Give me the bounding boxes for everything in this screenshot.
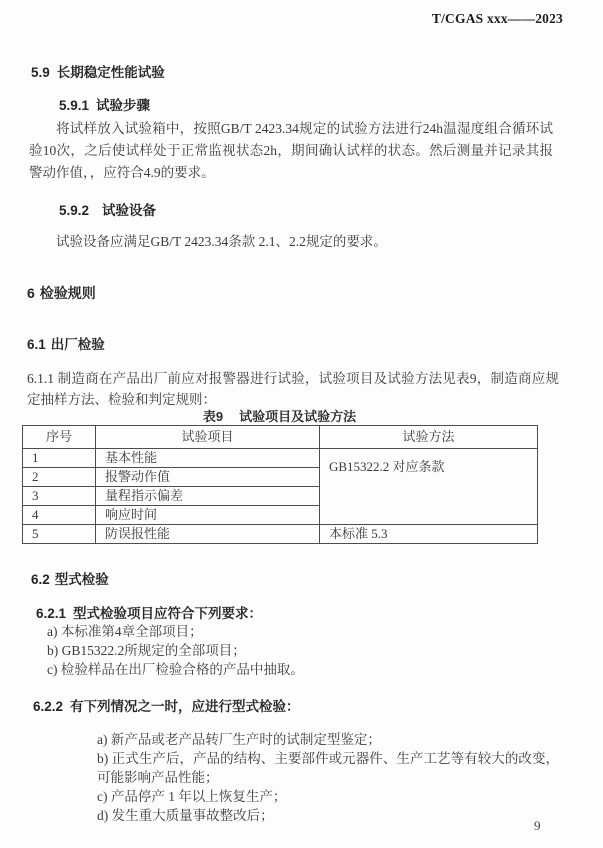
table-row: 5 防误报性能 本标准 5.3 [23,525,538,544]
document-page: T/CGAS xxx——2023 5.9长期稳定性能试验 5.9.1试验步骤 将… [0,0,603,848]
col-header-item: 试验项目 [96,426,320,449]
page-number: 9 [534,818,541,834]
heading-title: 型式检验项目应符合下列要求： [73,606,262,621]
heading-6-2-2: 6.2.2有下列情况之一时，应进行型式检验： [33,695,300,715]
list-item: b) 正式生产后，产品的结构、主要部件或元器件、生产工艺等有较大的改变，可能影响… [97,749,559,787]
list-6-2-2: a) 新产品或老产品转厂生产时的试制定型鉴定； b) 正式生产后，产品的结构、主… [97,730,559,825]
col-header-method: 试验方法 [320,426,538,449]
cell-item: 防误报性能 [96,525,320,544]
list-item: a) 新产品或老产品转厂生产时的试制定型鉴定； [97,730,559,749]
table-9-caption: 表9试验项目及试验方法 [22,406,537,425]
cell-item: 量程指示偏差 [96,487,320,506]
table-caption-title: 试验项目及试验方法 [239,409,356,424]
heading-6-1: 6.1出厂检验 [27,333,105,353]
document-code-header: T/CGAS xxx——2023 [432,11,563,27]
heading-6-2: 6.2型式检验 [31,568,109,588]
cell-item: 报警动作值 [96,468,320,487]
cell-method-merged: GB15322.2 对应条款 [320,449,538,525]
paragraph-6-1-1: 6.1.1 制造商在产品出厂前应对报警器进行试验，试验项目及试验方法见表9，制造… [27,368,559,410]
paragraph-5-9-2: 试验设备应满足GB/T 2423.34条款 2.1、2.2规定的要求。 [29,231,553,253]
heading-title: 长期稳定性能试验 [57,65,165,80]
cell-no: 1 [23,449,96,468]
list-6-2-1: a) 本标准第4章全部项目； b) GB15322.2所规定的全部项目； c) … [47,622,467,679]
heading-number: 6.2.1 [36,606,66,621]
heading-number: 6.2 [31,572,50,587]
list-item: d) 发生重大质量事故整改后； [97,806,559,825]
heading-6: 6检验规则 [27,283,96,303]
heading-title: 出厂检验 [51,337,105,352]
heading-title: 型式检验 [55,572,109,587]
cell-item: 响应时间 [96,506,320,525]
heading-title: 试验步骤 [96,98,150,113]
heading-5-9-1: 5.9.1试验步骤 [59,94,150,114]
heading-5-9: 5.9长期稳定性能试验 [31,61,165,81]
cell-item: 基本性能 [96,449,320,468]
table-caption-label: 表9 [203,409,223,424]
paragraph-5-9-1: 将试样放入试验箱中，按照GB/T 2423.34规定的试验方法进行24h温湿度组… [29,118,553,184]
cell-no: 2 [23,468,96,487]
heading-number: 6 [27,285,35,301]
heading-5-9-2: 5.9.2试验设备 [59,199,156,219]
heading-title: 有下列情况之一时，应进行型式检验： [70,699,300,714]
heading-title: 检验规则 [40,285,96,301]
table-row: 1 基本性能 GB15322.2 对应条款 [23,449,538,468]
heading-number: 5.9.1 [59,98,89,113]
heading-number: 5.9.2 [59,203,89,218]
heading-title: 试验设备 [102,203,156,218]
list-item: b) GB15322.2所规定的全部项目； [47,641,467,660]
col-header-no: 序号 [23,426,96,449]
heading-number: 5.9 [31,65,50,80]
list-item: c) 产品停产 1 年以上恢复生产； [97,787,559,806]
heading-number: 6.2.2 [33,699,63,714]
table-header-row: 序号 试验项目 试验方法 [23,426,538,449]
cell-no: 3 [23,487,96,506]
cell-no: 4 [23,506,96,525]
cell-method-row5: 本标准 5.3 [320,525,538,544]
cell-no: 5 [23,525,96,544]
table-9: 序号 试验项目 试验方法 1 基本性能 GB15322.2 对应条款 2 报警动… [22,425,538,544]
list-item: a) 本标准第4章全部项目； [47,622,467,641]
heading-6-2-1: 6.2.1型式检验项目应符合下列要求： [36,602,262,622]
list-item: c) 检验样品在出厂检验合格的产品中抽取。 [47,660,467,679]
heading-number: 6.1 [27,337,46,352]
